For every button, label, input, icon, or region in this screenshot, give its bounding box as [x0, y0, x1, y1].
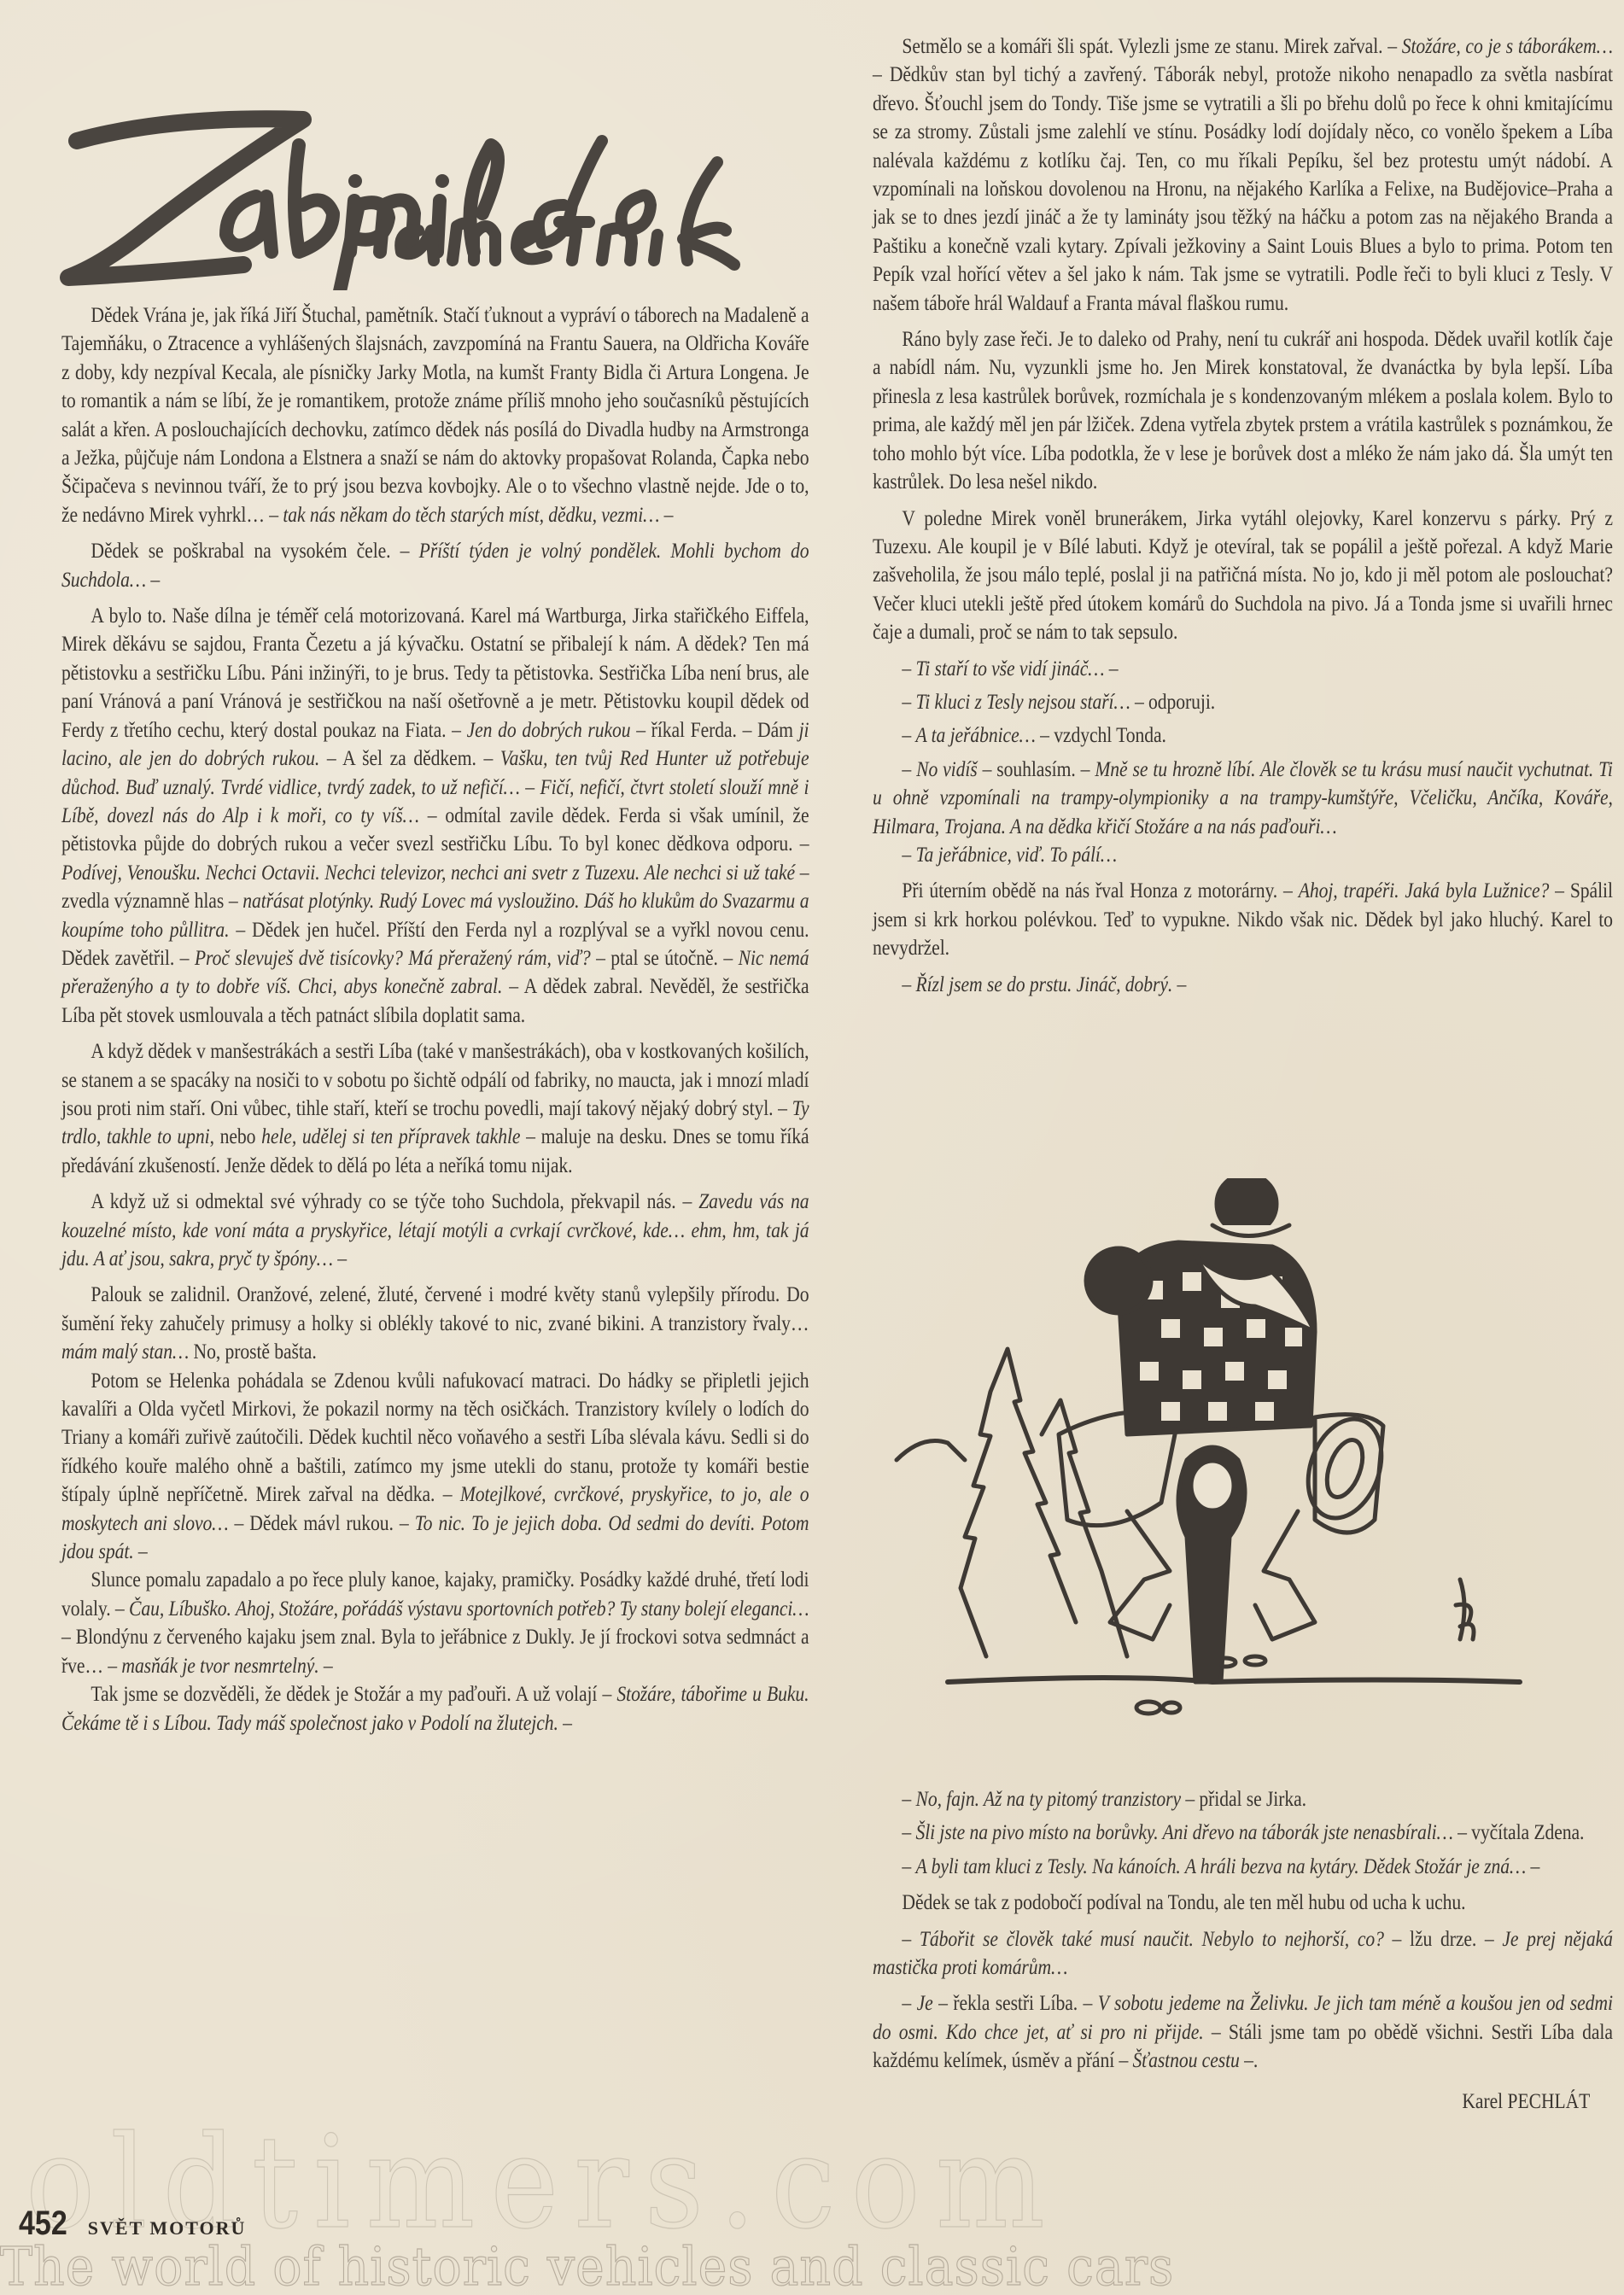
- narration-text: –: [902, 1821, 915, 1844]
- quoted-speech: Ahoj, trapéři. Jaká byla Lužnice?: [1299, 879, 1550, 902]
- narration-text: –: [902, 724, 915, 747]
- artist-signature: [1456, 1580, 1474, 1639]
- narration-text: – souhlasím. –: [978, 758, 1095, 781]
- narration-text: – A šel za dědkem. –: [319, 747, 500, 770]
- narration-text: Setmělo se a komáři šli spát. Vylezli js…: [902, 35, 1401, 58]
- article-left-column: Dědek Vrána je, jak říká Jiří Štuchal, p…: [61, 301, 809, 1737]
- article-paragraph: Dědek se poškrabal na vysokém čele. – Př…: [61, 537, 809, 594]
- quoted-speech: mám malý stan…: [61, 1340, 189, 1364]
- article-paragraph: A když už si odmektal své výhrady co se …: [61, 1188, 809, 1273]
- article-paragraph: Dědek Vrána je, jak říká Jiří Štuchal, p…: [61, 301, 809, 529]
- article-paragraph: Slunce pomalu zapadalo a po řece pluly k…: [61, 1566, 809, 1680]
- quoted-speech: No, fajn. Až na ty pitomý tranzistory: [915, 1788, 1181, 1811]
- article-paragraph: – No vidíš – souhlasím. – Mně se tu hroz…: [873, 756, 1613, 841]
- quoted-speech: Je: [917, 1992, 933, 2015]
- author-byline: Karel PECHLÁT: [1462, 2090, 1590, 2114]
- article-paragraph: Potom se Helenka pohádala se Zdenou kvůl…: [61, 1367, 809, 1567]
- narration-text: –: [1526, 1855, 1539, 1878]
- narration-text: – vzdychl Tonda.: [1036, 724, 1166, 747]
- narration-text: – přidal se Jirka.: [1181, 1788, 1306, 1811]
- quoted-speech: Jen do dobrých rukou: [467, 719, 631, 742]
- article-title: Zavinil to pamětník: [43, 94, 794, 290]
- quoted-speech: Řízl jsem se do prstu. Jináč, dobrý.: [915, 973, 1172, 996]
- narration-text: –: [902, 973, 915, 996]
- narration-text: – lžu drze. –: [1384, 1928, 1503, 1951]
- narration-text: – vyčítala Zdena.: [1453, 1821, 1585, 1844]
- quoted-speech: Stožáre, co je s táborákem…: [1402, 35, 1613, 58]
- narration-text: Palouk se zalidnil. Oranžové, zelené, žl…: [61, 1283, 809, 1334]
- narration-text: – ptal se útočně. –: [591, 947, 739, 970]
- motorcycle-cartoon-drawing: [871, 1178, 1554, 1725]
- article-paragraph: – Řízl jsem se do prstu. Jináč, dobrý. –: [873, 971, 1613, 999]
- quoted-speech: Šli jste na pivo místo na borůvky. Ani d…: [915, 1821, 1452, 1844]
- narration-text: A když dědek v manšestrákách a sestři Lí…: [61, 1040, 809, 1120]
- article-right-column-top: Setmělo se a komáři šli spát. Vylezli js…: [873, 32, 1613, 1007]
- narration-text: No, prostě bašta.: [189, 1340, 316, 1364]
- narration-text: Dědek se poškrabal na vysokém čele. –: [91, 540, 418, 563]
- narration-text: –: [902, 1788, 915, 1811]
- narration-text: –: [902, 691, 915, 714]
- hand-lettered-title-graphic: [43, 94, 794, 290]
- narration-text: –.: [1240, 2049, 1258, 2072]
- article-paragraph: V poledne Mirek voněl brunerákem, Jirka …: [873, 505, 1613, 647]
- article-paragraph: Při úterním obědě na nás řval Honza z mo…: [873, 877, 1613, 962]
- quoted-speech: Čau, Líbuško. Ahoj, Stožáre, pořádáš výs…: [129, 1597, 809, 1621]
- narration-text: Při úterním obědě na nás řval Honza z mo…: [902, 879, 1298, 902]
- article-paragraph: Palouk se zalidnil. Oranžové, zelené, žl…: [61, 1281, 809, 1366]
- narration-text: Tak jsme se dozvěděli, že dědek je Stožá…: [91, 1683, 616, 1706]
- quoted-speech: Ti kluci z Tesly nejsou staří…: [915, 691, 1130, 714]
- narration-text: –: [902, 1992, 916, 2015]
- narration-text: – Dědkův stan byl tichý a zavřený. Tábor…: [873, 63, 1613, 314]
- narration-text: – Dědek mávl rukou. –: [228, 1512, 414, 1535]
- article-paragraph: Setmělo se a komáři šli spát. Vylezli js…: [873, 32, 1613, 318]
- quoted-speech: hele, udělej si ten přípravek takhle: [261, 1125, 520, 1148]
- quoted-speech: A ta jeřábnice…: [915, 724, 1035, 747]
- quoted-speech: masňák je tvor nesmrtelný.: [121, 1655, 318, 1678]
- article-paragraph: A bylo to. Naše dílna je téměř celá moto…: [61, 602, 809, 1030]
- article-paragraph: – A ta jeřábnice… – vzdychl Tonda.: [873, 721, 1613, 750]
- article-paragraph: – Ti staří to vše vidí jináč… –: [873, 655, 1613, 683]
- narration-text: –: [902, 1855, 915, 1878]
- article-right-column-bottom: – No, fajn. Až na ty pitomý tranzistory …: [873, 1785, 1613, 2083]
- quoted-speech: A byli tam kluci z Tesly. Na kánoích. A …: [915, 1855, 1526, 1878]
- quoted-speech: Podívej, Venoušku. Nechci Octavii. Nechc…: [61, 861, 795, 885]
- quoted-speech: Ti staří to vše vidí jináč…: [915, 657, 1104, 680]
- narration-text: A když už si odmektal své výhrady co se …: [91, 1190, 698, 1213]
- narration-text: Dědek Vrána je, jak říká Jiří Štuchal, p…: [61, 304, 809, 527]
- quoted-speech: Šťastnou cestu: [1133, 2049, 1240, 2072]
- narration-text: – odporuji.: [1130, 691, 1215, 714]
- cartoon-illustration: [871, 1178, 1554, 1725]
- article-paragraph: – Šli jste na pivo místo na borůvky. Ani…: [873, 1819, 1613, 1847]
- article-paragraph: Tak jsme se dozvěděli, že dědek je Stožá…: [61, 1680, 809, 1737]
- article-paragraph: Dědek se tak z podobočí podíval na Tondu…: [873, 1889, 1613, 1917]
- quoted-speech: tak nás někam do těch starých míst, dědk…: [283, 504, 673, 527]
- narration-text: –: [902, 844, 915, 867]
- article-paragraph: – Tábořit se člověk také musí naučit. Ne…: [873, 1925, 1613, 1983]
- quoted-speech: Ta jeřábnice, viď. To pálí…: [915, 844, 1117, 867]
- narration-text: –: [558, 1712, 572, 1735]
- article-paragraph: A když dědek v manšestrákách a sestři Lí…: [61, 1037, 809, 1180]
- narration-text: –: [1172, 973, 1186, 996]
- narration-text: –: [1104, 657, 1118, 680]
- article-paragraph: – A byli tam kluci z Tesly. Na kánoích. …: [873, 1853, 1613, 1881]
- narration-text: Dědek se tak z podobočí podíval na Tondu…: [902, 1891, 1465, 1914]
- article-paragraph: – Ti kluci z Tesly nejsou staří… – odpor…: [873, 688, 1613, 716]
- quoted-speech: Tábořit se člověk také musí naučit. Neby…: [920, 1928, 1384, 1951]
- narration-text: –: [319, 1655, 333, 1678]
- narration-text: Ráno byly zase řeči. Je to daleko od Pra…: [873, 328, 1613, 493]
- fir-tree-icon: [961, 1349, 1076, 1656]
- quoted-speech: Proč slevuješ dvě tisícovky? Má přeražen…: [195, 947, 591, 970]
- article-paragraph: Ráno byly zase řeči. Je to daleko od Pra…: [873, 325, 1613, 496]
- narration-text: –: [134, 1540, 148, 1563]
- article-paragraph: – No, fajn. Až na ty pitomý tranzistory …: [873, 1785, 1613, 1813]
- quoted-speech: No vidíš: [916, 758, 978, 781]
- article-paragraph: – Je – řekla sestři Líba. – V sobotu jed…: [873, 1989, 1613, 2075]
- watermark-tagline: The world of historic vehicles and class…: [0, 2235, 1174, 2295]
- narration-text: V poledne Mirek voněl brunerákem, Jirka …: [873, 507, 1613, 645]
- narration-text: – řekla sestři Líba. –: [933, 1992, 1098, 2015]
- narration-text: –: [902, 1928, 919, 1951]
- narration-text: –: [902, 758, 916, 781]
- article-paragraph: – Ta jeřábnice, viď. To pálí…: [873, 841, 1613, 869]
- narration-text: –: [902, 657, 915, 680]
- narration-text: , nebo: [210, 1125, 262, 1148]
- narration-text: – říkal Ferda. – Dám: [631, 719, 799, 742]
